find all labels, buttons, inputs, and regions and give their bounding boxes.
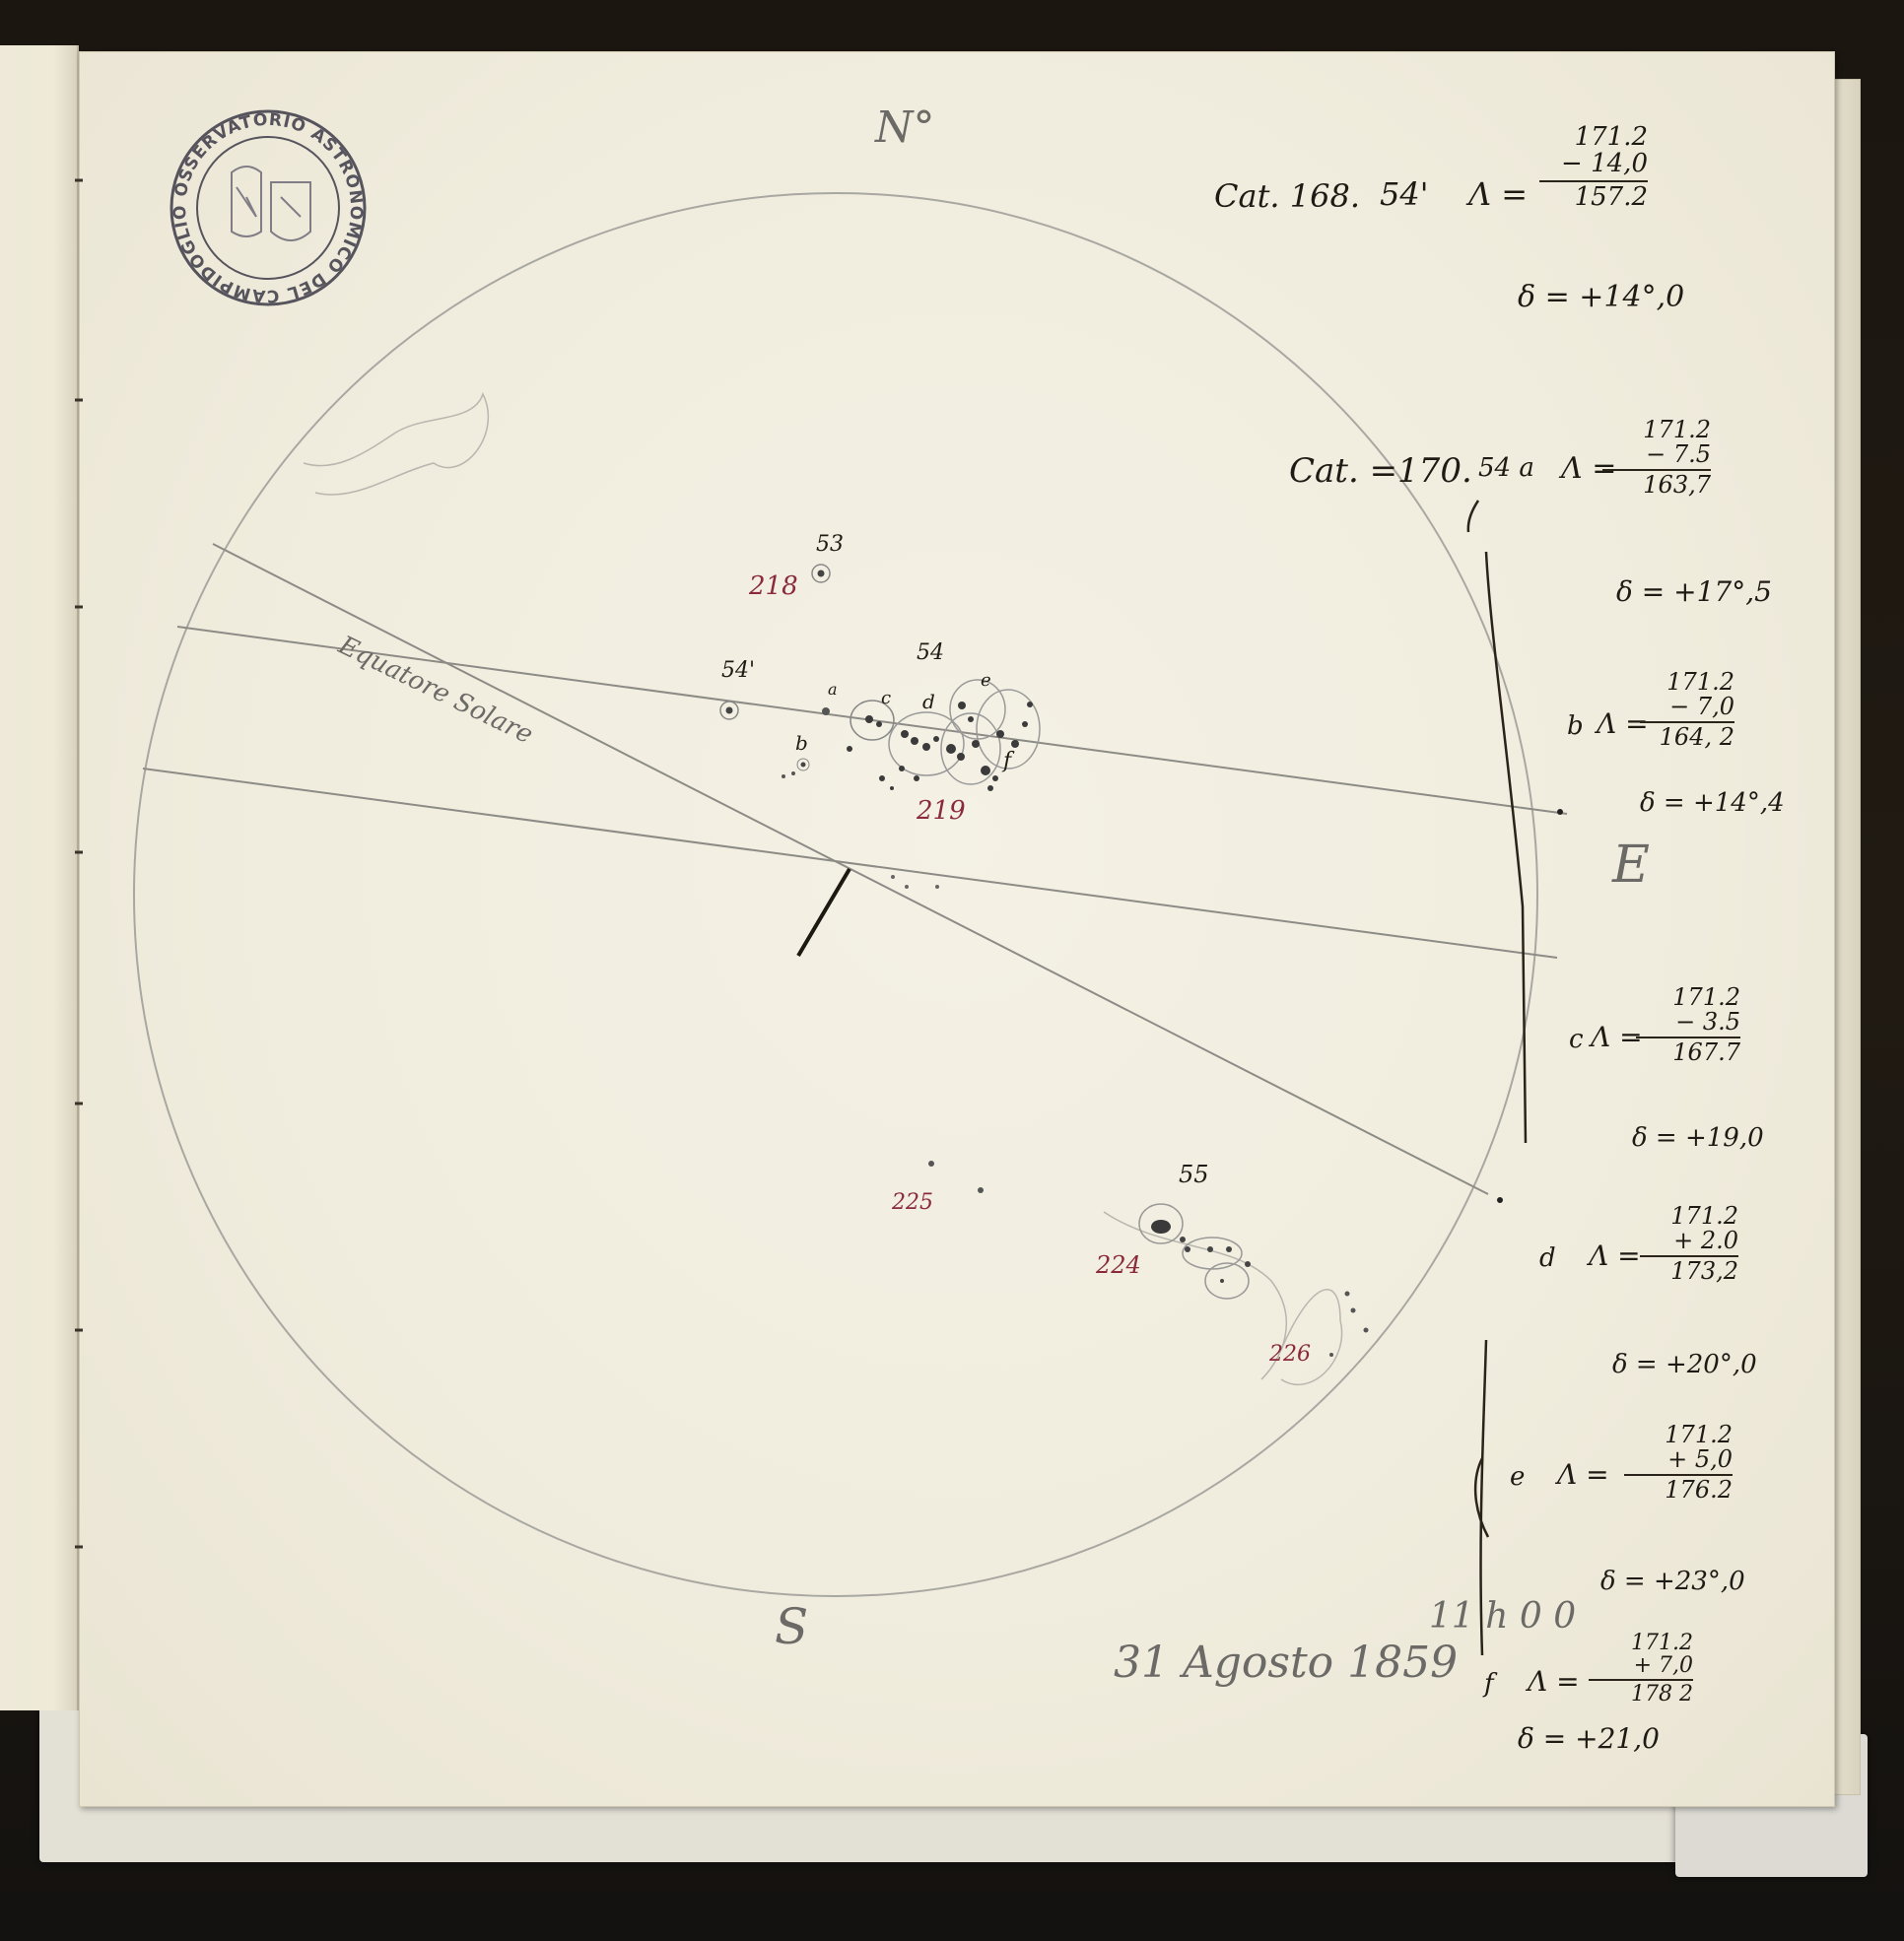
cat-170-declination-a: δ = +17°,5: [1616, 575, 1772, 608]
cat-170-fraction-a: 171.2 − 7.5 163,7: [1602, 418, 1711, 499]
cat-170-lambda-f: Λ =: [1528, 1665, 1580, 1698]
spot-label-c: c: [881, 688, 891, 708]
catalog-number-224: 224: [1096, 1251, 1141, 1279]
cat-170-spot-b: b: [1567, 711, 1584, 741]
spot-label-e: e: [981, 670, 991, 691]
catalog-number-218: 218: [749, 571, 798, 601]
cat-168-declination: δ = +14°,0: [1518, 280, 1684, 314]
result-value: 163,7: [1602, 473, 1711, 498]
cat-168-spot: 54': [1380, 175, 1429, 213]
delta-value: − 7,0: [1640, 695, 1734, 719]
cat-170-fraction-e: 171.2 + 5,0 176.2: [1624, 1423, 1733, 1504]
cat-170-declination-c: δ = +19,0: [1632, 1123, 1764, 1153]
cat-170-spot-d: d: [1539, 1243, 1556, 1273]
sunspot-group-54: [782, 680, 1040, 791]
group-label-55: 55: [1179, 1161, 1209, 1188]
delta-value: + 5,0: [1624, 1447, 1733, 1472]
base-value: 171.2: [1640, 1204, 1738, 1229]
spot-label-a: a: [828, 680, 838, 699]
east-mark: E: [1612, 836, 1650, 895]
group-label-53: 53: [816, 532, 844, 557]
delta-value: + 2.0: [1640, 1229, 1738, 1253]
group-label-54prime: 54': [721, 658, 755, 683]
group-label-54: 54: [917, 640, 944, 665]
spot-label-d: d: [922, 690, 935, 713]
base-value: 171.2: [1636, 985, 1740, 1010]
catalog-number-225: 225: [892, 1190, 933, 1215]
cat-170-declination-e: δ = +23°,0: [1600, 1567, 1745, 1596]
sunspot-54prime: [720, 702, 738, 719]
catalog-number-226: 226: [1269, 1342, 1311, 1367]
cat-170-label: Cat. =170.: [1289, 451, 1472, 491]
cat-170-spot-f: f: [1484, 1669, 1494, 1699]
base-value: 171.2: [1640, 670, 1734, 695]
delta-value: − 7.5: [1602, 442, 1711, 467]
observation-time: 11 h 0 0: [1429, 1596, 1576, 1637]
base-value: 171.2: [1589, 1632, 1693, 1654]
result-value: 178 2: [1589, 1683, 1693, 1706]
number-mark: N°: [875, 102, 935, 153]
delta-value: − 3.5: [1636, 1010, 1740, 1035]
binding-marks: [75, 180, 83, 1547]
cat-170-declination-d: δ = +20°,0: [1612, 1350, 1757, 1379]
sunspot-group-55: [1139, 1204, 1251, 1299]
cat-170-spot-a: 54 a: [1478, 453, 1534, 483]
cat-170-fraction-c: 171.2 − 3.5 167.7: [1636, 985, 1740, 1066]
cat-170-declination-f: δ = +21,0: [1518, 1722, 1660, 1755]
base-value: 171.2: [1539, 124, 1648, 151]
axis-tick-mark: [798, 869, 850, 956]
result-value: 167.7: [1636, 1040, 1740, 1065]
result-value: 176.2: [1624, 1478, 1733, 1503]
cat-170-lambda-c: Λ =: [1591, 1021, 1643, 1053]
observation-date: 31 Agosto 1859: [1114, 1638, 1458, 1688]
cat-170-fraction-f: 171.2 + 7,0 178 2: [1589, 1632, 1693, 1706]
fraction-bar: [1589, 1679, 1693, 1681]
sunspot-group-225: [928, 1161, 984, 1193]
cat-168-label: Cat. 168.: [1214, 177, 1360, 215]
result-value: 157.2: [1539, 184, 1648, 211]
sunspot-group-53: [812, 565, 830, 582]
base-value: 171.2: [1602, 418, 1711, 442]
delta-value: − 14,0: [1539, 151, 1648, 177]
delta-value: + 7,0: [1589, 1654, 1693, 1677]
cat-170-spot-c: c: [1569, 1025, 1584, 1054]
cat-168-fraction: 171.2 − 14,0 157.2: [1539, 124, 1648, 211]
observatory-stamp: OSSERVATORIO ASTRONOMICO DEL CAMPIDOGLIO: [170, 110, 367, 306]
result-value: 173,2: [1640, 1259, 1738, 1284]
cat-170-lambda-e: Λ =: [1557, 1458, 1609, 1491]
cat-170-spot-e: e: [1510, 1462, 1525, 1492]
base-value: 171.2: [1624, 1423, 1733, 1447]
south-mark: S: [775, 1598, 808, 1655]
result-value: 164, 2: [1640, 725, 1734, 750]
spot-label-b: b: [795, 731, 808, 755]
cat-170-fraction-b: 171.2 − 7,0 164, 2: [1640, 670, 1734, 751]
cat-170-declination-b: δ = +14°,4: [1640, 788, 1785, 818]
catalog-number-219: 219: [917, 796, 966, 826]
spot-label-f: f: [1003, 749, 1011, 773]
cat-168-lambda: Λ =: [1468, 175, 1528, 213]
svg-text:OSSERVATORIO ASTRONOMICO DEL C: OSSERVATORIO ASTRONOMICO DEL CAMPIDOGLIO: [170, 110, 367, 306]
cat-170-lambda-d: Λ =: [1589, 1239, 1641, 1272]
cat-170-fraction-d: 171.2 + 2.0 173,2: [1640, 1204, 1738, 1285]
sunspot-group-226: [1329, 1292, 1369, 1358]
